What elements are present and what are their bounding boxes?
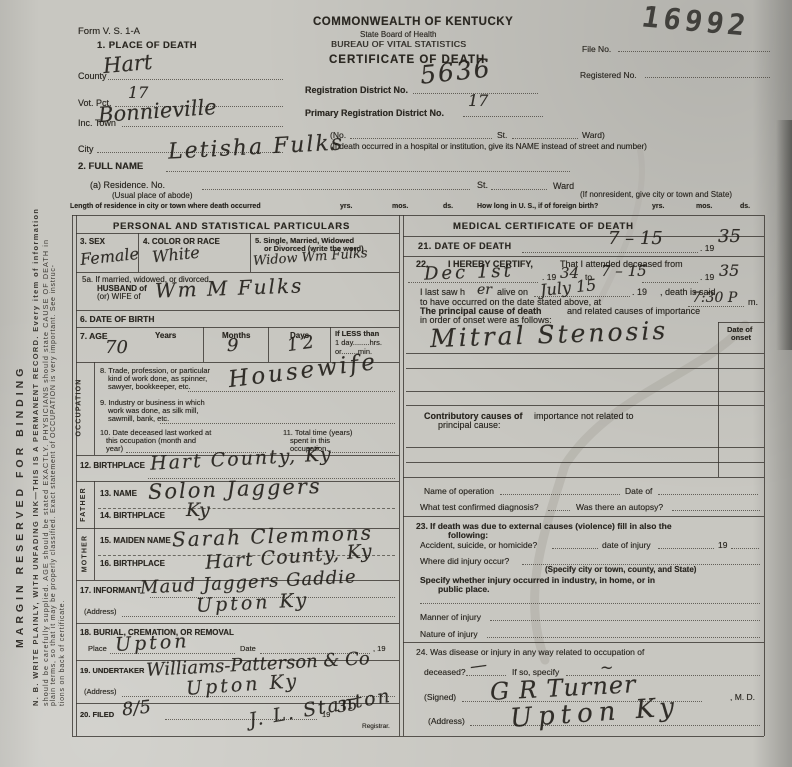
blank [522, 251, 698, 253]
rule [718, 322, 764, 323]
father-name-label: 13. NAME [100, 489, 137, 498]
father-birthplace-label: 14. BIRTHPLACE [100, 511, 165, 520]
blank [731, 547, 759, 549]
blank [490, 619, 760, 621]
rule [403, 256, 764, 257]
registration-district-handwritten: 5636 [419, 53, 493, 89]
margin-note-line4: tions on back of certificate. [59, 600, 66, 706]
residence-no-blank [202, 188, 470, 190]
date-of-death-handwritten: 7 – 15 [608, 228, 663, 249]
physician-address-label: (Address) [428, 716, 465, 726]
signed-label: (Signed) [424, 692, 456, 702]
date-of-onset-label-2: onset [731, 333, 751, 342]
length-residence-label: Length of residence in city or town wher… [70, 203, 261, 210]
photo-edge-shadow [776, 120, 792, 350]
column-divider [399, 215, 400, 736]
contributory-rest: importance not related to [534, 411, 634, 421]
cell-divider [250, 233, 251, 272]
blank [408, 281, 538, 283]
md-label: , M. D. [730, 692, 755, 702]
medical-section-title: MEDICAL CERTIFICATE OF DEATH [453, 221, 634, 232]
residence-ward-label: Ward [553, 181, 574, 191]
file-no-label: File No. [582, 44, 611, 54]
title-commonwealth: COMMONWEALTH OF KENTUCKY [313, 16, 513, 28]
county-handwritten: Hart [102, 50, 153, 78]
occupation-related-label-1: 24. Was disease or injury in any way rel… [416, 647, 644, 657]
father-name-handwritten: Solon Jaggers [148, 474, 322, 504]
rule [406, 368, 764, 369]
birthplace-label: 12. BIRTHPLACE [80, 461, 145, 470]
column-divider-inner [403, 215, 404, 736]
margin-note-line3: plain terms, so that it may be properly … [50, 264, 57, 706]
spouse-handwritten: Wm M Fulks [155, 273, 304, 302]
cell-divider [94, 362, 95, 455]
father-side-label: FATHER [80, 487, 87, 522]
accident-label: Accident, suicide, or homicide? [420, 540, 537, 550]
blank [420, 602, 760, 604]
alive-on-label: alive on [497, 287, 528, 297]
dob-label: 6. DATE OF BIRTH [80, 314, 154, 324]
rule [406, 391, 764, 392]
mother-name-label: 15. MAIDEN NAME [100, 536, 171, 545]
rule [406, 405, 764, 406]
saw-19-label: . 19 [632, 287, 647, 297]
cell-divider [268, 327, 269, 362]
specify-injury-label-2: public place. [438, 584, 490, 594]
wife-of-label: (or) WIFE of [97, 292, 141, 301]
blank [160, 422, 395, 424]
city-ward-hint: Ward) [582, 130, 605, 140]
length-ds: ds. [443, 203, 453, 210]
how-long-ds: ds. [740, 203, 750, 210]
filed-date-handwritten: 8/5 [121, 697, 152, 721]
race-handwritten: White [151, 243, 200, 267]
blank [122, 615, 395, 617]
undertaker-address-label: (Address) [84, 687, 117, 696]
external-causes-label-2: following: [448, 530, 488, 540]
city-label: City [78, 144, 94, 154]
time-handwritten: 7:30 P [692, 290, 737, 306]
where-injury-hint: (Specify city or town, county, and State… [545, 565, 696, 574]
blank [642, 281, 698, 283]
registration-district-label: Registration District No. [305, 85, 408, 95]
autopsy-label: Was there an autopsy? [576, 502, 663, 512]
abode-hint: (Usual place of abode) [112, 191, 193, 200]
dod-year-handwritten: 35 [718, 226, 741, 247]
rule [76, 233, 399, 234]
margin-note-line1: N. B. WRITE PLAINLY, WITH UNFADING INK—T… [31, 208, 40, 706]
rule [76, 272, 399, 273]
deceased-dash-handwritten: — [469, 655, 489, 677]
margin-binding-note: MARGIN RESERVED FOR BINDING [14, 365, 26, 648]
length-yrs: yrs. [340, 203, 352, 210]
inc-town-blank [122, 125, 283, 127]
title-bureau: BUREAU OF VITAL STATISTICS [331, 39, 466, 49]
m-label: m. [748, 297, 758, 307]
filed-label: 20. FILED [80, 710, 114, 719]
blank [552, 547, 598, 549]
full-name-label: 2. FULL NAME [78, 161, 143, 172]
residence-st-label: St. [477, 180, 488, 190]
form-number: Form V. S. 1-A [78, 26, 140, 37]
rule [76, 623, 399, 624]
if-less-label-2: 1 day........hrs. [335, 338, 382, 347]
injury-19-label: 19 [718, 540, 727, 550]
blank [672, 509, 760, 511]
to-19-label: . 19 [700, 272, 714, 282]
blank [658, 547, 714, 549]
operation-date-label: Date of [625, 486, 652, 496]
file-no-blank [618, 50, 770, 52]
blank [500, 493, 620, 495]
to-year-handwritten: 35 [719, 261, 739, 280]
table-right-border [764, 215, 765, 736]
county-label: County [78, 71, 107, 81]
last-saw-label: I last saw h [420, 287, 465, 297]
personal-section-title: PERSONAL AND STATISTICAL PARTICULARS [113, 221, 350, 232]
trade-label-3: sawyer, bookkeeper, etc. [108, 382, 191, 391]
rule [403, 477, 764, 478]
burial-date-label: Date [240, 644, 256, 653]
rule [406, 353, 764, 354]
registered-no-label: Registered No. [580, 70, 637, 80]
city-no-blank [350, 137, 492, 139]
registrar-label: Registrar. [362, 723, 390, 730]
age-years-label: Years [155, 331, 176, 340]
her-handwritten: er [477, 282, 492, 298]
occupation-side-label: OCCUPATION [76, 378, 83, 436]
trade-handwritten: Housewife [227, 349, 379, 393]
sex-handwritten: Female [79, 244, 140, 269]
birthplace-handwritten: Hart County, Ky [150, 443, 334, 475]
if-less-label-1: If LESS than [335, 329, 379, 338]
rule [406, 462, 764, 463]
hospital-hint: (If death occurred in a hospital or inst… [330, 141, 647, 151]
table-top-border [72, 215, 764, 216]
inc-town-handwritten: Bonnieville [97, 95, 217, 127]
to-date-handwritten: 7 – 15 [601, 262, 647, 280]
primary-district-blank [463, 115, 543, 117]
rule [76, 310, 399, 311]
rule [403, 236, 764, 237]
date-of-injury-label: date of injury [602, 540, 651, 550]
nonresident-hint: (If nonresident, give city or town and S… [580, 190, 732, 199]
table-left-border-inner [76, 215, 77, 736]
cell-divider [203, 327, 204, 362]
age-days-handwritten: 12 [286, 331, 320, 356]
rule [76, 327, 399, 328]
blank [330, 451, 395, 453]
deceased-label: deceased? [424, 667, 466, 677]
father-birthplace-handwritten: Ky [186, 499, 210, 521]
blank [487, 636, 760, 638]
burial-year-label: , 19 [373, 644, 386, 653]
residence-st-blank [491, 188, 547, 190]
burial-place-handwritten: Upton [114, 630, 190, 656]
age-months-handwritten: 9 [227, 335, 238, 356]
rule [403, 642, 764, 643]
mother-birthplace-label: 16. BIRTHPLACE [100, 559, 165, 568]
margin-note-line2: should be carefully supplied. AGE should… [41, 239, 50, 706]
title-board: State Board of Health [360, 30, 437, 39]
city-st-hint: St. [497, 130, 507, 140]
full-name-handwritten: Letisha Fulks [167, 130, 344, 164]
cell-divider [718, 322, 719, 477]
table-bottom-border [72, 736, 764, 737]
rule [403, 516, 764, 517]
county-blank [108, 78, 283, 80]
mother-side-label: MOTHER [81, 535, 88, 573]
test-label: What test confirmed diagnosis? [420, 502, 539, 512]
age-label: 7. AGE [80, 331, 108, 341]
certificate-stamp-number: 16992 [639, 0, 752, 42]
manner-of-injury-label: Manner of injury [420, 612, 481, 622]
full-name-blank [166, 170, 570, 172]
age-years-handwritten: 70 [105, 337, 128, 358]
informant-address-label: (Address) [84, 607, 117, 616]
registered-no-blank [645, 76, 770, 78]
principal-cause-rest: and related causes of importance [567, 306, 700, 316]
how-long-us-label: How long in U. S., if of foreign birth? [477, 203, 598, 210]
primary-district-label: Primary Registration District No. [305, 108, 444, 118]
dod-19-label: . 19 [700, 243, 714, 253]
how-long-yrs: yrs. [652, 203, 664, 210]
death-certificate-scan: MARGIN RESERVED FOR BINDING N. B. WRITE … [0, 0, 792, 767]
residence-label: (a) Residence. No. [90, 180, 165, 190]
blank [188, 390, 395, 392]
nature-of-injury-label: Nature of injury [420, 629, 478, 639]
contributory-line2: principal cause: [438, 420, 501, 430]
burial-place-label: Place [88, 644, 107, 653]
informant-address-handwritten: Upton Ky [196, 589, 310, 617]
last-worked-label-3: year) [106, 444, 123, 453]
rule [406, 447, 764, 448]
undertaker-label: 19. UNDERTAKER [80, 666, 144, 675]
operation-label: Name of operation [424, 486, 494, 496]
blank [658, 493, 758, 495]
city-st-blank [512, 137, 578, 139]
blank [548, 509, 570, 511]
informant-label: 17. INFORMANT [80, 586, 141, 595]
sex-label: 3. SEX [80, 237, 105, 246]
length-mos: mos. [392, 203, 408, 210]
table-left-border [72, 215, 73, 736]
where-injury-label: Where did injury occur? [420, 556, 509, 566]
date-of-death-label: 21. DATE OF DEATH [418, 241, 511, 251]
rule-dashed [98, 507, 395, 509]
how-long-mos: mos. [696, 203, 712, 210]
primary-district-handwritten: 17 [468, 91, 488, 110]
cell-divider [94, 481, 95, 580]
